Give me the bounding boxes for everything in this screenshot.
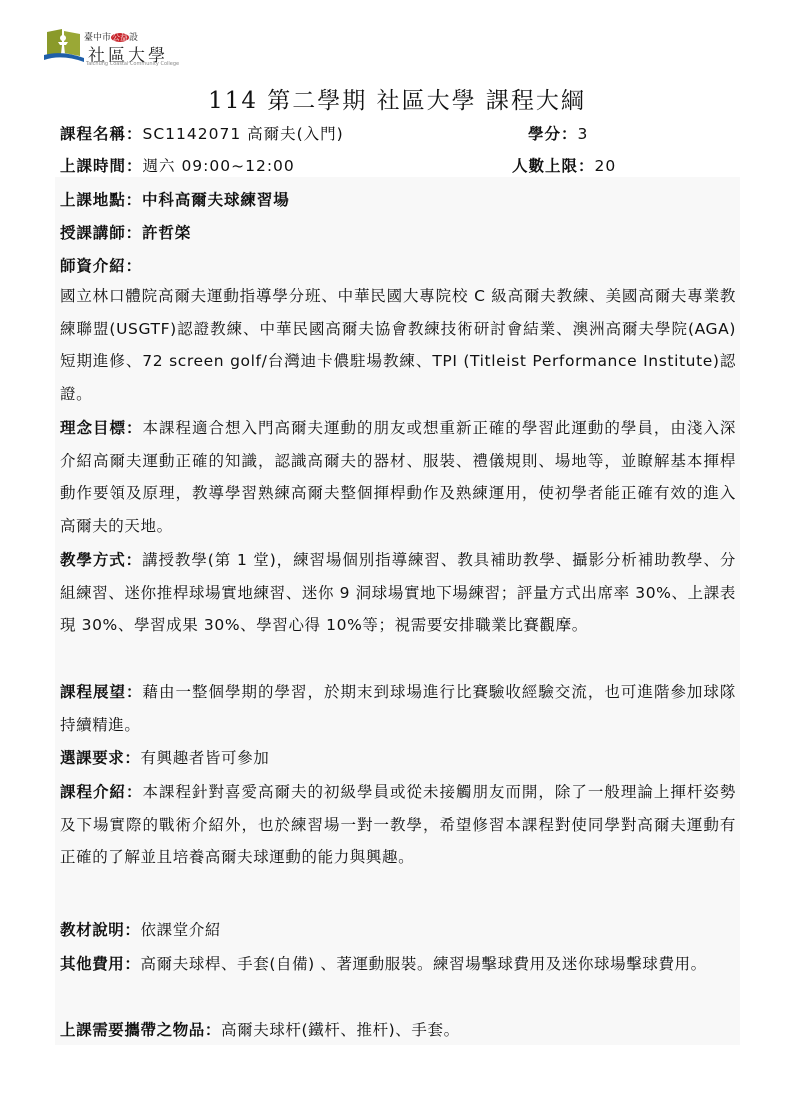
- capacity-value: 20: [595, 157, 617, 175]
- course-name-row: 課程名稱：SC1142071 高爾夫(入門): [60, 122, 344, 144]
- intro-section: 課程介紹：本課程針對喜愛高爾夫的初級學員或從未接觸朋友而開，除了一般理論上揮杆姿…: [60, 776, 736, 874]
- fee-label: 其他費用：: [60, 955, 141, 973]
- credit-value: 3: [578, 125, 589, 143]
- class-time-value: 週六 09:00~12:00: [143, 157, 295, 175]
- course-name-value: SC1142071 高爾夫(入門): [143, 125, 344, 143]
- material-text: 依課堂介紹: [141, 921, 222, 939]
- class-time-label: 上課時間：: [60, 157, 143, 175]
- outlook-text: 藉由一整個學期的學習，於期末到球場進行比賽驗收經驗交流，也可進階參加球隊持續精進…: [60, 683, 736, 734]
- capacity-row: 人數上限：20: [512, 154, 616, 176]
- fee-text: 高爾夫球桿、手套(自備) 、著運動服裝。練習場擊球費用及迷你球場擊球費用。: [141, 955, 707, 973]
- page-title: 114 第二學期 社區大學 課程大綱: [0, 82, 794, 115]
- bio-label-row: 師資介紹：: [60, 254, 142, 276]
- material-section: 教材說明：依課堂介紹: [60, 914, 736, 947]
- college-emblem-icon: [44, 28, 84, 64]
- capacity-label: 人數上限：: [512, 157, 595, 175]
- course-name-label: 課程名稱：: [60, 125, 143, 143]
- bio-label: 師資介紹：: [60, 257, 142, 275]
- requirement-label: 選課要求：: [60, 749, 141, 767]
- instructor-row: 授課講師：許哲棨: [60, 221, 191, 243]
- material-label: 教材說明：: [60, 921, 141, 939]
- bring-items-label: 上課需要攜帶之物品：: [60, 1021, 221, 1039]
- class-time-row: 上課時間：週六 09:00~12:00: [60, 154, 295, 176]
- college-logo: 臺中市公益設 社區大學 Taichung Coastal Community C…: [44, 28, 174, 68]
- location-label: 上課地點：: [60, 191, 142, 209]
- location-value: 中科高爾夫球練習場: [142, 191, 290, 209]
- bio-text: 國立林口體院高爾夫運動指導學分班、中華民國大專院校 C 級高爾夫教練、美國高爾夫…: [60, 280, 736, 410]
- intro-text: 本課程針對喜愛高爾夫的初級學員或從未接觸朋友而開，除了一般理論上揮杆姿勢及下場實…: [60, 783, 736, 866]
- goal-text: 本課程適合想入門高爾夫運動的朋友或想重新正確的學習此運動的學員，由淺入深介紹高爾…: [60, 419, 736, 535]
- bring-items-text: 高爾夫球杆(鐵杆、推杆)、手套。: [221, 1021, 460, 1039]
- instructor-label: 授課講師：: [60, 224, 142, 242]
- method-text: 講授教學(第 1 堂)，練習場個別指導練習、教具補助教學、攝影分析補助教學、分組…: [60, 551, 736, 634]
- outlook-label: 課程展望：: [60, 683, 143, 701]
- instructor-value: 許哲棨: [142, 224, 191, 242]
- method-section: 教學方式：講授教學(第 1 堂)，練習場個別指導練習、教具補助教學、攝影分析補助…: [60, 544, 736, 642]
- credit-row: 學分：3: [528, 122, 588, 144]
- requirement-text: 有興趣者皆可參加: [141, 749, 270, 767]
- method-label: 教學方式：: [60, 551, 142, 569]
- location-row: 上課地點：中科高爾夫球練習場: [60, 188, 290, 210]
- goal-section: 理念目標：本課程適合想入門高爾夫運動的朋友或想重新正確的學習此運動的學員，由淺入…: [60, 412, 736, 542]
- fee-section: 其他費用：高爾夫球桿、手套(自備) 、著運動服裝。練習場擊球費用及迷你球場擊球費…: [60, 948, 736, 981]
- intro-label: 課程介紹：: [60, 783, 143, 801]
- requirement-section: 選課要求：有興趣者皆可參加: [60, 742, 736, 775]
- goal-label: 理念目標：: [60, 419, 143, 437]
- outlook-section: 課程展望：藉由一整個學期的學習，於期末到球場進行比賽驗收經驗交流，也可進階參加球…: [60, 676, 736, 741]
- logo-english-name: Taichung Coastal Community College: [86, 61, 179, 67]
- credit-label: 學分：: [528, 125, 578, 143]
- bring-items-section: 上課需要攜帶之物品：高爾夫球杆(鐵杆、推杆)、手套。: [60, 1014, 736, 1047]
